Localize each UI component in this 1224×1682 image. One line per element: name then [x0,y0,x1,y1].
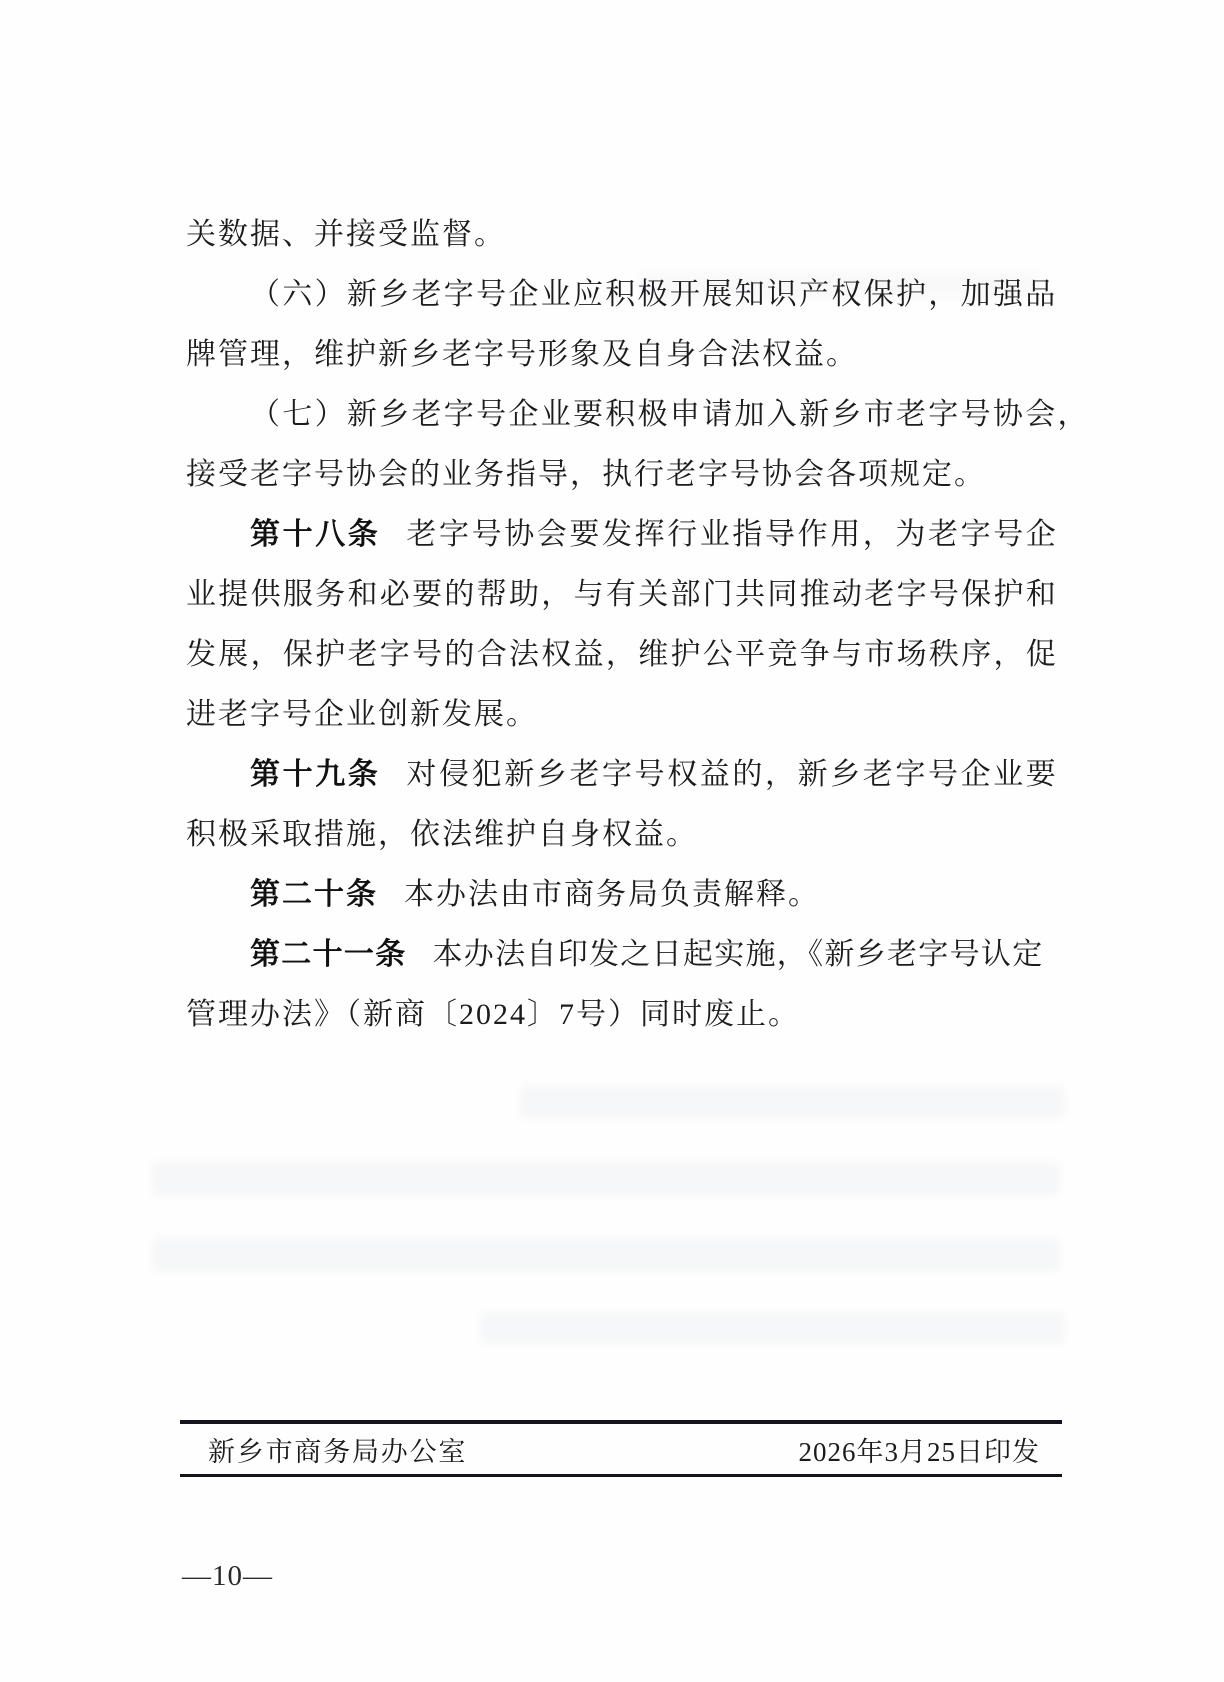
footer-rule-top [180,1420,1062,1424]
body-line: 管理办法》（新商〔2024〕7号）同时废止。 [186,985,1058,1045]
issuing-office: 新乡市商务局办公室 [208,1430,467,1469]
article-number: 第十九条 [250,758,380,791]
document-page: 关数据、并接受监督。 （六）新乡老字号企业应积极开展知识产权保护，加强品 牌管理… [0,0,1224,1682]
body-line: 第十九条对侵犯新乡老字号权益的，新乡老字号企业要 [186,745,1058,805]
showthrough-smudge [480,1312,1065,1344]
body-line: 第十八条老字号协会要发挥行业指导作用，为老字号企 [186,505,1058,565]
body-line-text: 老字号协会要发挥行业指导作用，为老字号企 [406,518,1058,551]
article-number: 第十八条 [250,518,380,551]
page-number: —10— [182,1560,273,1593]
body-line: 接受老字号协会的业务指导，执行老字号协会各项规定。 [186,445,1058,505]
body-line: 牌管理，维护新乡老字号形象及自身合法权益。 [186,325,1058,385]
body-line: 第二十条本办法由市商务局负责解释。 [186,865,1058,925]
body-line: （六）新乡老字号企业应积极开展知识产权保护，加强品 [186,265,1058,325]
body-line: 业提供服务和必要的帮助，与有关部门共同推动老字号保护和 [186,565,1058,625]
showthrough-smudge [520,1086,1065,1118]
body-line: 关数据、并接受监督。 [186,205,1058,265]
body-line: 第二十一条本办法自印发之日起实施，《新乡老字号认定 [186,925,1058,985]
article-number: 第二十条 [250,878,378,911]
body-line-text: 对侵犯新乡老字号权益的，新乡老字号企业要 [406,758,1058,791]
showthrough-smudge [152,1238,1060,1272]
document-body: 关数据、并接受监督。 （六）新乡老字号企业应积极开展知识产权保护，加强品 牌管理… [186,205,1058,1045]
body-line: 积极采取措施，依法维护自身权益。 [186,805,1058,865]
article-number: 第二十一条 [250,938,407,971]
body-line-text: 本办法由市商务局负责解释。 [404,878,820,911]
showthrough-smudge [152,1162,1060,1196]
body-line: （七）新乡老字号企业要积极申请加入新乡市老字号协会， [186,385,1058,445]
body-line: 进老字号企业创新发展。 [186,685,1058,745]
body-line-text: 本办法自印发之日起实施，《新乡老字号认定 [433,938,1044,971]
print-date: 2026年3月25日印发 [799,1430,1041,1469]
body-line: 发展，保护老字号的合法权益，维护公平竞争与市场秩序，促 [186,625,1058,685]
footer: 新乡市商务局办公室 2026年3月25日印发 [180,1427,1062,1471]
footer-rule-bottom [180,1474,1062,1477]
